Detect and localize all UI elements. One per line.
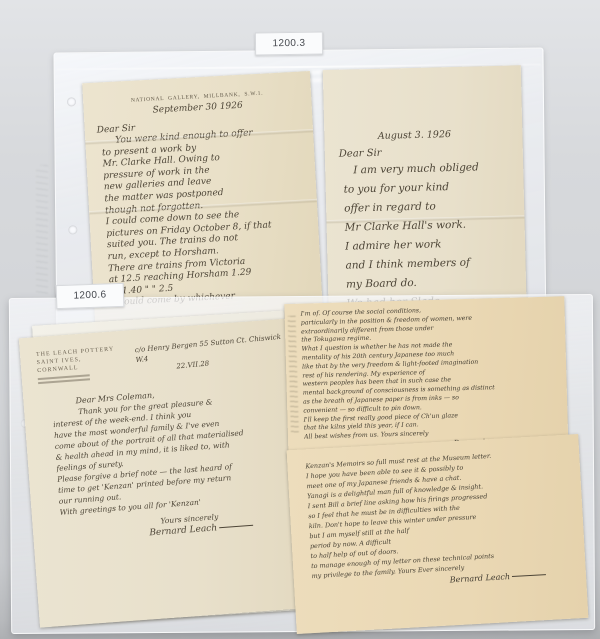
letter-date: August 3. 1926 — [324, 128, 504, 143]
letter-leach-pottery: THE LEACH POTTERY SAINT IVES, CORNWALL c… — [19, 318, 314, 627]
faint-sleeve-inscription — [36, 165, 48, 297]
signature-flourish — [219, 525, 253, 528]
letter-body: You were kind enough to offerto present … — [101, 126, 310, 310]
letterhead-row: THE LEACH POTTERY SAINT IVES, CORNWALL c… — [36, 333, 284, 386]
letter-kenzan: Kenzan's Memoirs so full must rest at th… — [287, 434, 589, 634]
letter-body: I am very much obligedto you for your ki… — [343, 158, 517, 314]
lot-label-1200-3: 1200.3 — [255, 32, 323, 56]
letter-body: Thank you for the great pleasure &intere… — [52, 391, 295, 518]
signature-text: Bernard Leach — [149, 523, 217, 538]
letterhead-leach-pottery: THE LEACH POTTERY SAINT IVES, CORNWALL — [36, 345, 119, 386]
lot-label-1200-6: 1200.6 — [56, 283, 125, 309]
margin-inscription — [288, 316, 299, 436]
signature-text: Bernard Leach — [450, 572, 511, 584]
letter-body: I'm of. Of course the social conditions,… — [300, 303, 560, 442]
letter-tokugawa-note: I'm of. Of course the social conditions,… — [284, 296, 568, 458]
handwritten-address: c/o Henry Bergen 55 Sutton Ct. Chiswick … — [134, 332, 284, 380]
punch-hole — [68, 225, 77, 234]
letter-body: Kenzan's Memoirs so full must rest at th… — [305, 447, 575, 582]
plastic-sleeve-bottom: THE LEACH POTTERY SAINT IVES, CORNWALL c… — [9, 294, 595, 634]
punch-hole — [67, 97, 76, 106]
signature-flourish — [512, 574, 546, 577]
auction-lot-photograph: NATIONAL GALLERY, MILLBANK, S.W.1. Septe… — [0, 0, 600, 639]
